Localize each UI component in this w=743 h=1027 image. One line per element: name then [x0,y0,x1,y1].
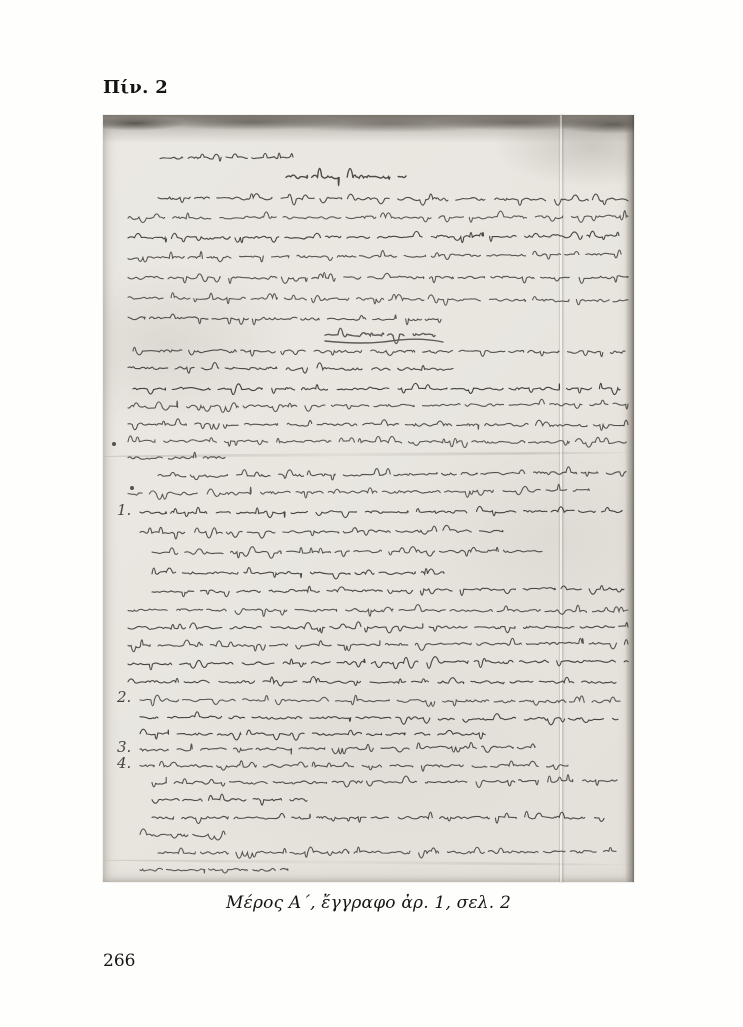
ink-dot [112,442,116,446]
list-item-marker: 1. [117,501,131,519]
plate-label: Πίν. 2 [103,77,168,98]
list-item-marker: 4. [117,754,131,772]
book-page: Πίν. 2 1.2.3.4. Μέρος Α΄, ἔγγραφο ἀρ. 1,… [0,0,743,1027]
list-item-marker: 2. [117,688,131,706]
page-number: 266 [103,951,135,971]
figure-caption: Μέρος Α΄, ἔγγραφο ἀρ. 1, σελ. 2 [103,893,634,913]
list-markers-layer: 1.2.3.4. [103,115,634,882]
manuscript-scan: 1.2.3.4. [103,115,634,882]
ink-dot [130,486,134,490]
